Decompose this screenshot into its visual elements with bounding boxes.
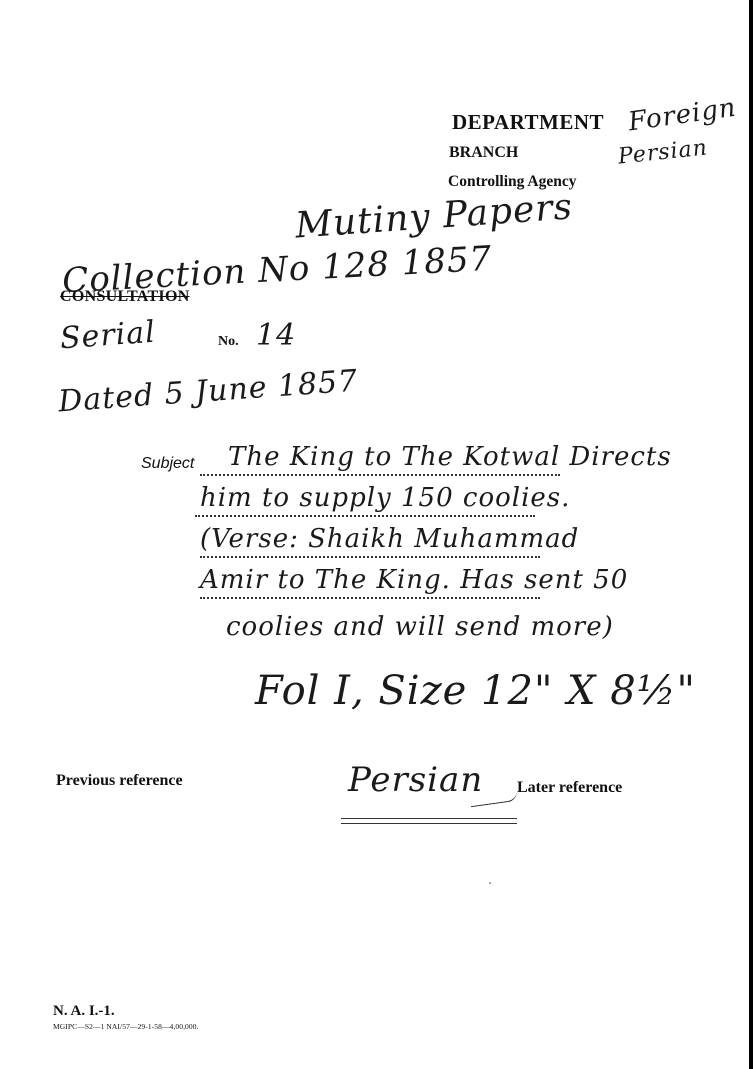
subject-line-4: Amir to The King. Has sent 50	[200, 565, 628, 595]
serial-no-value: 14	[256, 318, 296, 353]
folio-size-handwritten: Fol I, Size 12" X 8½"	[255, 668, 696, 714]
previous-reference-label: Previous reference	[56, 772, 183, 790]
subject-label: Subject	[141, 455, 194, 473]
collection-title-handwritten: Mutiny Papers	[294, 186, 574, 246]
consultation-label-struck: CONSULTATION	[60, 288, 190, 306]
paper-speck	[489, 882, 491, 884]
department-label: DEPARTMENT	[452, 110, 604, 135]
subject-dotted-line	[200, 474, 560, 476]
archival-cover-page: DEPARTMENT Foreign BRANCH Persian Contro…	[0, 0, 749, 1069]
subject-line-2: him to supply 150 coolies.	[200, 483, 570, 513]
form-code: N. A. I.-1.	[53, 1003, 115, 1020]
subject-line-3: (Verse: Shaikh Muhammad	[200, 524, 579, 554]
subject-dotted-line	[195, 515, 535, 517]
double-underline	[341, 818, 517, 824]
serial-handwritten: Serial	[59, 315, 157, 357]
scan-edge-border	[749, 0, 753, 1069]
subject-line-5: coolies and will send more)	[226, 612, 614, 642]
branch-value-handwritten: Persian	[617, 135, 709, 169]
print-line: MGIPC—S2—1 NAI/57—29-1-58—4,00,000.	[53, 1022, 199, 1031]
later-reference-label: Later reference	[517, 779, 622, 797]
reference-handwritten: Persian	[348, 760, 483, 800]
subject-dotted-line	[200, 556, 540, 558]
department-value-handwritten: Foreign	[626, 93, 738, 138]
subject-dotted-line	[200, 597, 540, 599]
dated-handwritten: Dated 5 June 1857	[57, 364, 359, 420]
branch-label: BRANCH	[449, 144, 518, 162]
serial-no-label: No.	[218, 334, 239, 350]
subject-line-1: The King to The Kotwal Directs	[228, 442, 672, 472]
